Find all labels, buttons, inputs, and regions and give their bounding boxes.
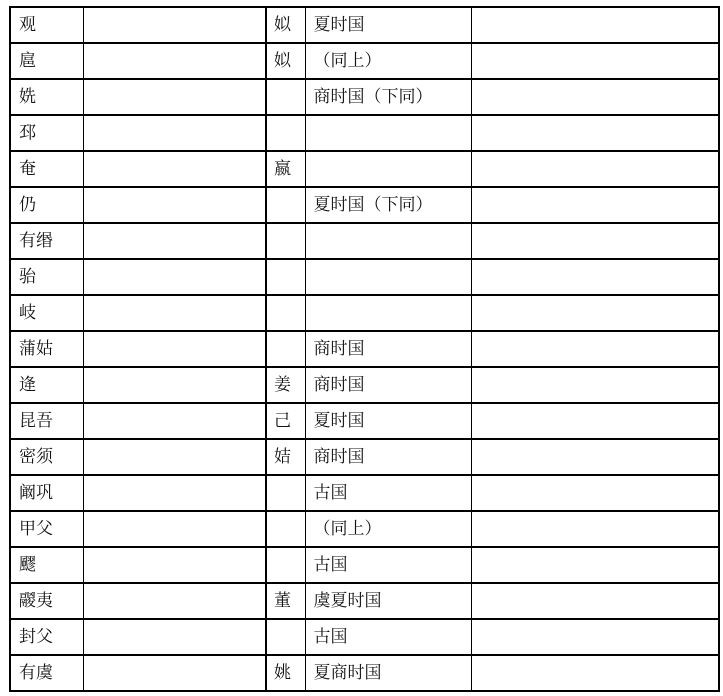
blank-cell (471, 475, 719, 511)
state-name-cell: 观 (10, 7, 83, 43)
surname-cell (266, 547, 305, 583)
era-note-cell: 古国 (305, 547, 471, 583)
era-note-cell: （同上） (305, 511, 471, 547)
table-row: 邳 (10, 115, 719, 151)
table-row: 奄嬴 (10, 151, 719, 187)
era-note-cell: 商时国 (305, 331, 471, 367)
blank-cell (471, 367, 719, 403)
blank-cell (83, 295, 266, 331)
blank-cell (83, 403, 266, 439)
state-name-cell: 飂 (10, 547, 83, 583)
blank-cell (83, 511, 266, 547)
table-row: 飂古国 (10, 547, 719, 583)
table-row: 密须姞商时国 (10, 439, 719, 475)
blank-cell (471, 187, 719, 223)
table-row: 封父古国 (10, 619, 719, 655)
surname-cell (266, 511, 305, 547)
era-note-cell: 夏时国 (305, 403, 471, 439)
era-note-cell (305, 259, 471, 295)
ancient-states-table: 观姒夏时国扈姒（同上）姺商时国（下同）邳奄嬴仍夏时国（下同）有缗骀岐蒲姑商时国逄… (9, 6, 720, 692)
blank-cell (83, 7, 266, 43)
blank-cell (83, 367, 266, 403)
table-row: 鬷夷董虞夏时国 (10, 583, 719, 619)
blank-cell (471, 547, 719, 583)
table-row: 有虞姚夏商时国 (10, 655, 719, 691)
surname-cell: 姞 (266, 439, 305, 475)
blank-cell (471, 403, 719, 439)
blank-cell (83, 475, 266, 511)
blank-cell (471, 79, 719, 115)
state-name-cell: 甲父 (10, 511, 83, 547)
table-row: 仍夏时国（下同） (10, 187, 719, 223)
surname-cell: 姒 (266, 7, 305, 43)
blank-cell (471, 331, 719, 367)
era-note-cell (305, 115, 471, 151)
state-name-cell: 奄 (10, 151, 83, 187)
blank-cell (83, 259, 266, 295)
state-name-cell: 扈 (10, 43, 83, 79)
state-name-cell: 岐 (10, 295, 83, 331)
table-row: 观姒夏时国 (10, 7, 719, 43)
blank-cell (83, 43, 266, 79)
era-note-cell: 商时国 (305, 367, 471, 403)
surname-cell (266, 79, 305, 115)
table-row: 昆吾己夏时国 (10, 403, 719, 439)
blank-cell (83, 331, 266, 367)
table-row: 逄姜商时国 (10, 367, 719, 403)
blank-cell (471, 7, 719, 43)
surname-cell (266, 475, 305, 511)
surname-cell: 姜 (266, 367, 305, 403)
surname-cell: 姚 (266, 655, 305, 691)
era-note-cell: 夏时国（下同） (305, 187, 471, 223)
era-note-cell: 古国 (305, 619, 471, 655)
state-name-cell: 骀 (10, 259, 83, 295)
era-note-cell: 商时国 (305, 439, 471, 475)
blank-cell (471, 259, 719, 295)
blank-cell (471, 295, 719, 331)
blank-cell (83, 583, 266, 619)
era-note-cell: 虞夏时国 (305, 583, 471, 619)
state-name-cell: 鬷夷 (10, 583, 83, 619)
blank-cell (471, 655, 719, 691)
era-note-cell (305, 223, 471, 259)
table-row: 甲父（同上） (10, 511, 719, 547)
era-note-cell: 商时国（下同） (305, 79, 471, 115)
surname-cell: 嬴 (266, 151, 305, 187)
blank-cell (83, 619, 266, 655)
era-note-cell: 夏商时国 (305, 655, 471, 691)
state-name-cell: 逄 (10, 367, 83, 403)
table-row: 阚巩古国 (10, 475, 719, 511)
table-row: 有缗 (10, 223, 719, 259)
blank-cell (83, 187, 266, 223)
blank-cell (471, 511, 719, 547)
surname-cell (266, 295, 305, 331)
blank-cell (83, 115, 266, 151)
state-name-cell: 姺 (10, 79, 83, 115)
blank-cell (471, 151, 719, 187)
table-row: 蒲姑商时国 (10, 331, 719, 367)
blank-cell (471, 583, 719, 619)
era-note-cell (305, 151, 471, 187)
state-name-cell: 蒲姑 (10, 331, 83, 367)
blank-cell (83, 439, 266, 475)
blank-cell (83, 223, 266, 259)
blank-cell (471, 43, 719, 79)
state-name-cell: 密须 (10, 439, 83, 475)
table-row: 岐 (10, 295, 719, 331)
era-note-cell: （同上） (305, 43, 471, 79)
era-note-cell: 古国 (305, 475, 471, 511)
era-note-cell: 夏时国 (305, 7, 471, 43)
state-name-cell: 封父 (10, 619, 83, 655)
blank-cell (83, 547, 266, 583)
surname-cell (266, 187, 305, 223)
surname-cell (266, 115, 305, 151)
state-name-cell: 仍 (10, 187, 83, 223)
blank-cell (83, 151, 266, 187)
surname-cell (266, 331, 305, 367)
blank-cell (471, 439, 719, 475)
state-name-cell: 邳 (10, 115, 83, 151)
blank-cell (83, 79, 266, 115)
blank-cell (471, 619, 719, 655)
surname-cell (266, 259, 305, 295)
blank-cell (471, 223, 719, 259)
table-row: 骀 (10, 259, 719, 295)
state-name-cell: 有虞 (10, 655, 83, 691)
state-name-cell: 阚巩 (10, 475, 83, 511)
surname-cell (266, 619, 305, 655)
surname-cell: 董 (266, 583, 305, 619)
surname-cell: 己 (266, 403, 305, 439)
state-name-cell: 有缗 (10, 223, 83, 259)
era-note-cell (305, 295, 471, 331)
table-body: 观姒夏时国扈姒（同上）姺商时国（下同）邳奄嬴仍夏时国（下同）有缗骀岐蒲姑商时国逄… (10, 7, 719, 691)
table-row: 扈姒（同上） (10, 43, 719, 79)
blank-cell (83, 655, 266, 691)
surname-cell: 姒 (266, 43, 305, 79)
blank-cell (471, 115, 719, 151)
state-name-cell: 昆吾 (10, 403, 83, 439)
table-row: 姺商时国（下同） (10, 79, 719, 115)
surname-cell (266, 223, 305, 259)
